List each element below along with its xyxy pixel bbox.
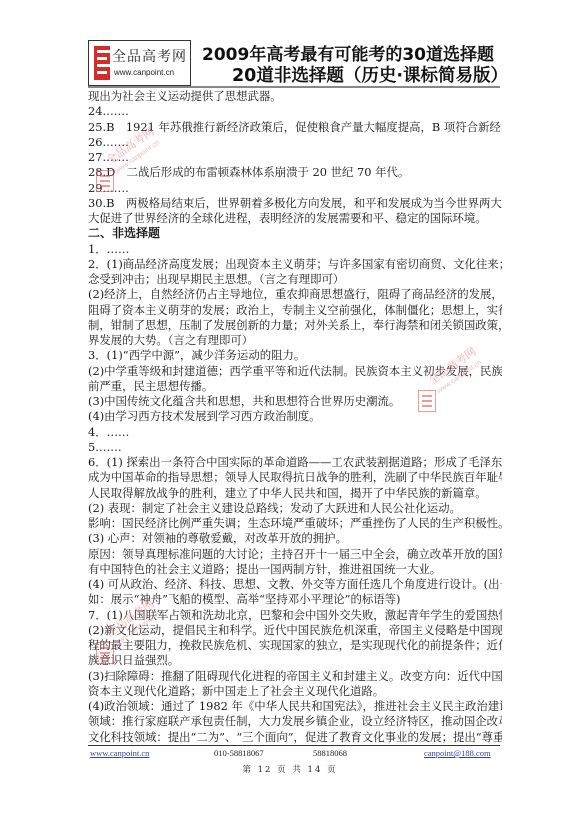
text-line: (3) 心声：对领袖的尊敬爱戴，对改革开放的拥护。 [88, 531, 502, 546]
text-line: 30.B 两极格局结束后，世界朝着多极化方向发展，和平和发展成为当今世界两大主题… [88, 196, 502, 211]
text-line: 资本主义现代化道路；新中国走上了社会主义现代化道路。 [88, 684, 502, 699]
footer-website-link[interactable]: www.canpoint.cn [90, 748, 149, 758]
text-line: 29.…… [88, 181, 502, 196]
text-line: 1．…… [88, 242, 502, 257]
text-line: 2．(1)商品经济高度发展；出现资本主义萌芽；与许多国家有密切商贸、文化往来；传… [88, 257, 502, 272]
document-title-line2: 20道非选择题（历史·课标简易版） [232, 62, 508, 87]
text-line: (4)由学习西方技术发展到学习西方政治制度。 [88, 409, 502, 424]
text-line: 阻碍了资本主义萌芽的发展；政治上，专制主义空前强化，体制僵化；思想上，实行文化专 [88, 303, 502, 318]
text-line: (2) 表现：制定了社会主义建设总路线；发动了大跃进和人民公社化运动。 [88, 501, 502, 516]
text-line: 25.B 1921 年苏俄推行新经济政策后，促使粮食产量大幅度提高，B 项符合新… [88, 120, 502, 135]
text-line: 程的最主要阻力，挽救民族危机、实现国家的独立，是实现现代化的前提条件；近代中国民 [88, 638, 502, 653]
text-line: 原因：领导真理标准问题的大讨论；主持召开十一届三中全会，确立改革开放的国策；开创 [88, 547, 502, 562]
text-line: 文化科技领域：提出“二为”、“三个面向”，促进了教育文化事业的发展；提出“尊重知… [88, 730, 502, 745]
logo-url: www.canpoint.cn [114, 68, 174, 77]
text-line: (2)新文化运动，提倡民主和科学。近代中国民族危机深重，帝国主义侵略是中国现代化… [88, 623, 502, 638]
text-line: 族意识日益强烈。 [88, 653, 502, 668]
text-line: 3．(1)“西学中源”，减少洋务运动的阻力。 [88, 348, 502, 363]
text-line: 5.…… [88, 440, 502, 455]
footer-phone-2: 58818068 [313, 748, 347, 758]
page-number: 第 12 页 共 14 页 [0, 763, 580, 775]
text-line: (3)扫除障碍：推翻了阻碍现代化进程的帝国主义和封建主义。改变方向：近代中国走的… [88, 669, 502, 684]
text-line: 如：展示“神舟”飞船的模型、高举“坚持邓小平理论”的标语等) [88, 592, 502, 607]
text-line: (4)政治领域：通过了 1982 年《中华人民共和国宪法》，推进社会主义民主政治… [88, 699, 502, 714]
footer-email-link[interactable]: canpoint@188.com [424, 748, 491, 758]
text-line: 24.…… [88, 104, 502, 119]
text-line: 7．(1)八国联军占领和洗劫北京，巴黎和会中国外交失败，激起青年学生的爱国热情。 [88, 608, 502, 623]
text-line: 人民取得解放战争的胜利，建立了中华人民共和国，揭开了中华民族的新篇章。 [88, 486, 502, 501]
text-line: 26.…… [88, 135, 502, 150]
section-heading: 二、非选择题 [88, 226, 502, 241]
text-line: 念受到冲击；出现早期民主思想。（言之有理即可） [88, 272, 502, 287]
text-line: 成为中国革命的指导思想；领导人民取得抗日战争的胜利，洗刷了中华民族百年耻辱；领导 [88, 470, 502, 485]
text-line: 6．(1) 探索出一条符合中国实际的革命道路——工农武装割据道路；形成了毛泽东思… [88, 455, 502, 470]
text-line: (2)中学重等级和封建道德；西学重平等和近代法制。民族资本主义初步发展，民族危机… [88, 364, 502, 379]
header-divider [88, 86, 500, 88]
logo-chinese-name: 全品高考网 [112, 46, 187, 66]
text-line: 27.…… [88, 150, 502, 165]
text-line: 制，钳制了思想，压制了发展创新的力量；对外关系上，奉行海禁和闭关锁国政策，昧于世 [88, 318, 502, 333]
canpoint-logo: 全品高考网 www.canpoint.cn [88, 40, 191, 86]
footer-phone-1: 010-58818067 [214, 748, 264, 758]
text-line: (2)经济上，自然经济仍占主导地位，重农抑商思想盛行，阻碍了商品经济的发展，特别… [88, 287, 502, 302]
footer-divider [88, 745, 500, 746]
text-line: (3)中国传统文化蕴含共和思想，共和思想符合世界历史潮流。 [88, 394, 502, 409]
text-line: 前严重，民主思想传播。 [88, 379, 502, 394]
text-line: 4．…… [88, 425, 502, 440]
text-line: 有中国特色的社会主义道路；提出一国两制方针，推进祖国统一大业。 [88, 562, 502, 577]
text-line: 现出为社会主义运动提供了思想武器。 [88, 89, 502, 104]
text-line: 影响：国民经济比例严重失调；生态环境严重破坏；严重挫伤了人民的生产积极性。 [88, 516, 502, 531]
document-page: 全品高考网 www.canpoint.cn 2009年高考最有可能考的30道选择… [0, 0, 580, 820]
canpoint-seal-icon [94, 46, 110, 80]
text-line: 28.D 二战后形成的布雷顿森林体系崩溃于 20 世纪 70 年代。 [88, 165, 502, 180]
answer-body: 现出为社会主义运动提供了思想武器。24.……25.B 1921 年苏俄推行新经济… [88, 89, 502, 745]
text-line: (4) 可从政治、经济、科技、思想、文教、外交等方面任选几个角度进行设计。(出一… [88, 577, 502, 592]
text-line: 界发展的大势。（言之有理即可） [88, 333, 502, 348]
text-line: 领域：推行家庭联产承包责任制，大力发展乡镇企业，设立经济特区，推动国企改革。教育 [88, 714, 502, 729]
text-line: 大促进了世界经济的全球化进程，表明经济的发展需要和平、稳定的国际环境。 [88, 211, 502, 226]
